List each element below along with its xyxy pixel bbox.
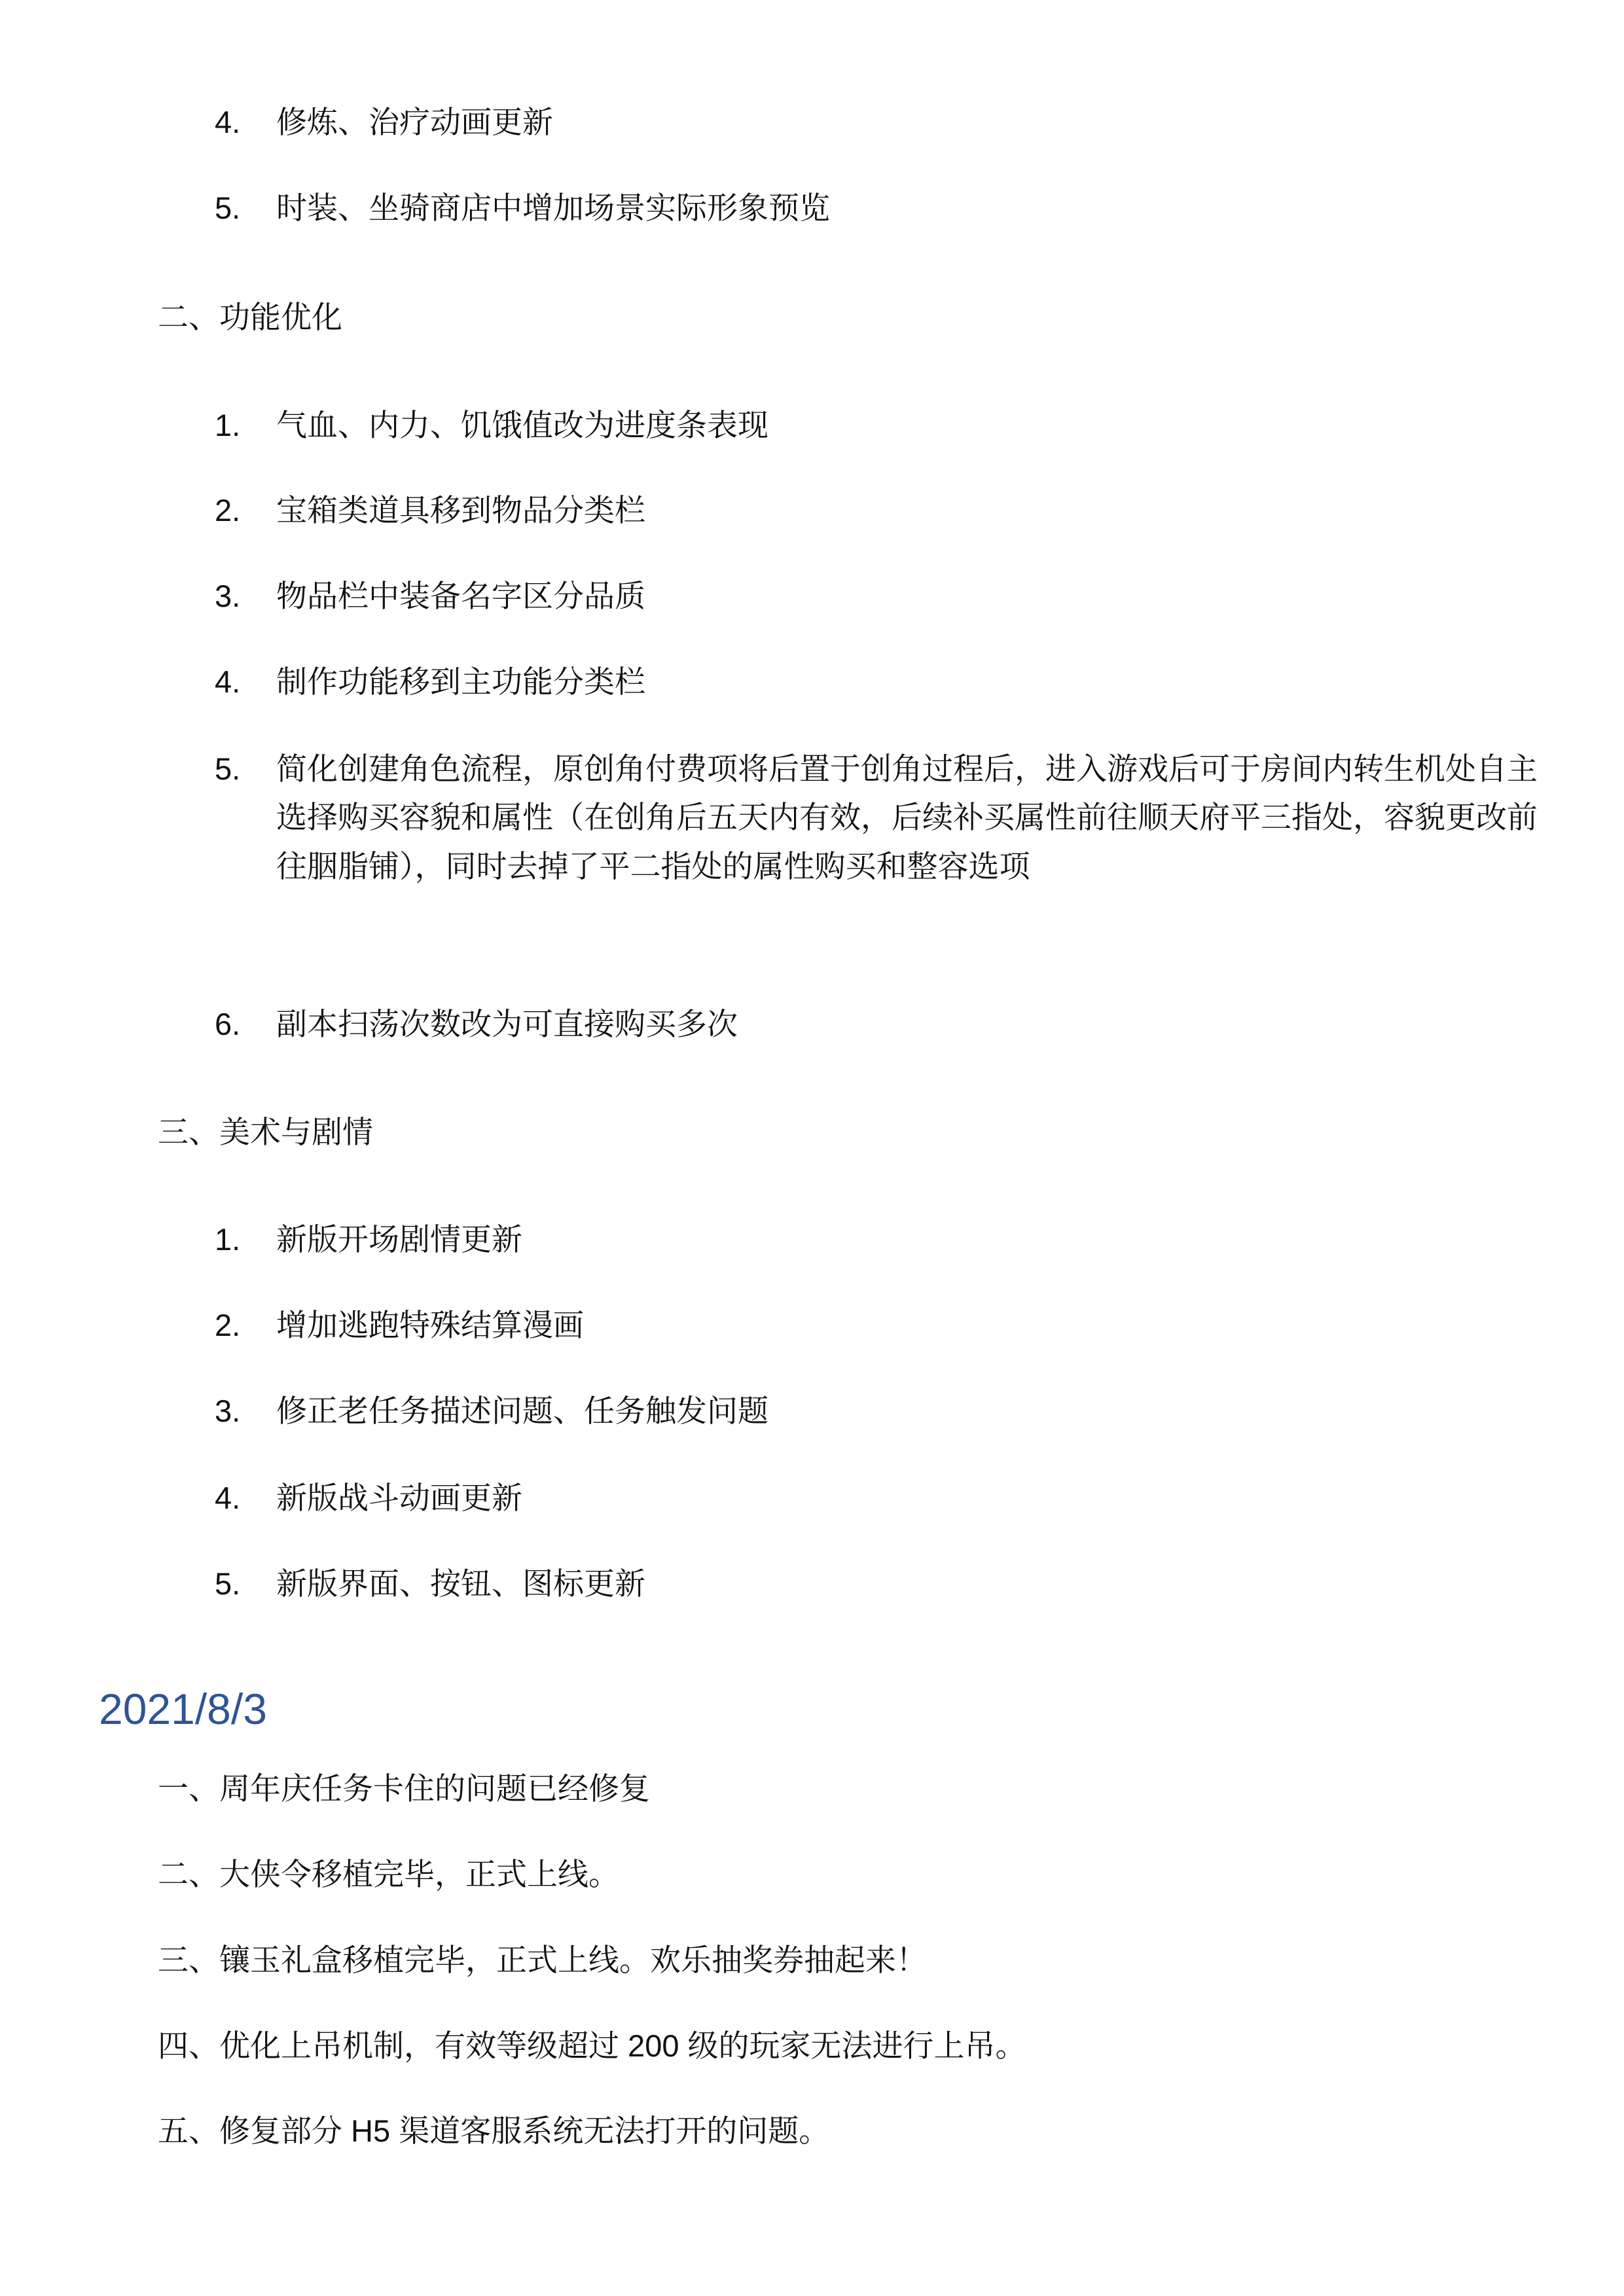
list-text: 物品栏中装备名字区分品质: [276, 577, 645, 616]
list-text: 副本扫荡次数改为可直接购买多次: [276, 1005, 738, 1044]
list-number: 1.: [215, 406, 240, 445]
list-text-line: 简化创建角色流程，原创角付费项将后置于创角过程后，进入游戏后可于房间内转生机处自…: [276, 749, 1538, 789]
section-heading: 二、功能优化: [158, 298, 342, 337]
list-number: 5.: [215, 1564, 240, 1604]
list-text-line: 往胭脂铺），同时去掉了平二指处的属性购买和整容选项: [276, 847, 1030, 886]
date-heading: 2021/8/3: [99, 1683, 267, 1735]
list-number: 5.: [215, 188, 240, 228]
list-text: 时装、坐骑商店中增加场景实际形象预览: [276, 188, 830, 228]
update-item: 三、镶玉礼盒移植完毕，正式上线。欢乐抽奖券抽起来！: [158, 1941, 927, 1980]
list-text: 制作功能移到主功能分类栏: [276, 662, 645, 702]
list-text: 宝箱类道具移到物品分类栏: [276, 491, 645, 530]
list-text: 新版界面、按钮、图标更新: [276, 1564, 645, 1604]
list-number: 1.: [215, 1220, 240, 1259]
update-item: 四、优化上吊机制，有效等级超过 200 级的玩家无法进行上吊。: [158, 2026, 1026, 2066]
list-text-line: 选择购买容貌和属性（在创角后五天内有效，后续补买属性前往顺天府平三指处，容貌更改…: [276, 798, 1538, 837]
list-text: 新版战斗动画更新: [276, 1479, 522, 1518]
list-number: 2.: [215, 491, 240, 530]
list-text: 增加逃跑特殊结算漫画: [276, 1306, 584, 1345]
list-number: 2.: [215, 1306, 240, 1345]
list-text: 气血、内力、饥饿值改为进度条表现: [276, 406, 768, 445]
section-heading: 三、美术与剧情: [158, 1113, 373, 1152]
list-number: 6.: [215, 1005, 240, 1044]
list-number: 5.: [215, 749, 240, 789]
list-number: 4.: [215, 103, 240, 142]
update-item: 二、大侠令移植完毕，正式上线。: [158, 1855, 619, 1894]
list-text: 新版开场剧情更新: [276, 1220, 522, 1259]
list-number: 4.: [215, 662, 240, 702]
update-item: 一、周年庆任务卡住的问题已经修复: [158, 1769, 650, 1808]
list-number: 4.: [215, 1479, 240, 1518]
update-item: 五、修复部分 H5 渠道客服系统无法打开的问题。: [158, 2111, 829, 2151]
list-text: 修炼、治疗动画更新: [276, 103, 553, 142]
list-number: 3.: [215, 1391, 240, 1431]
list-number: 3.: [215, 577, 240, 616]
list-text: 修正老任务描述问题、任务触发问题: [276, 1391, 768, 1431]
